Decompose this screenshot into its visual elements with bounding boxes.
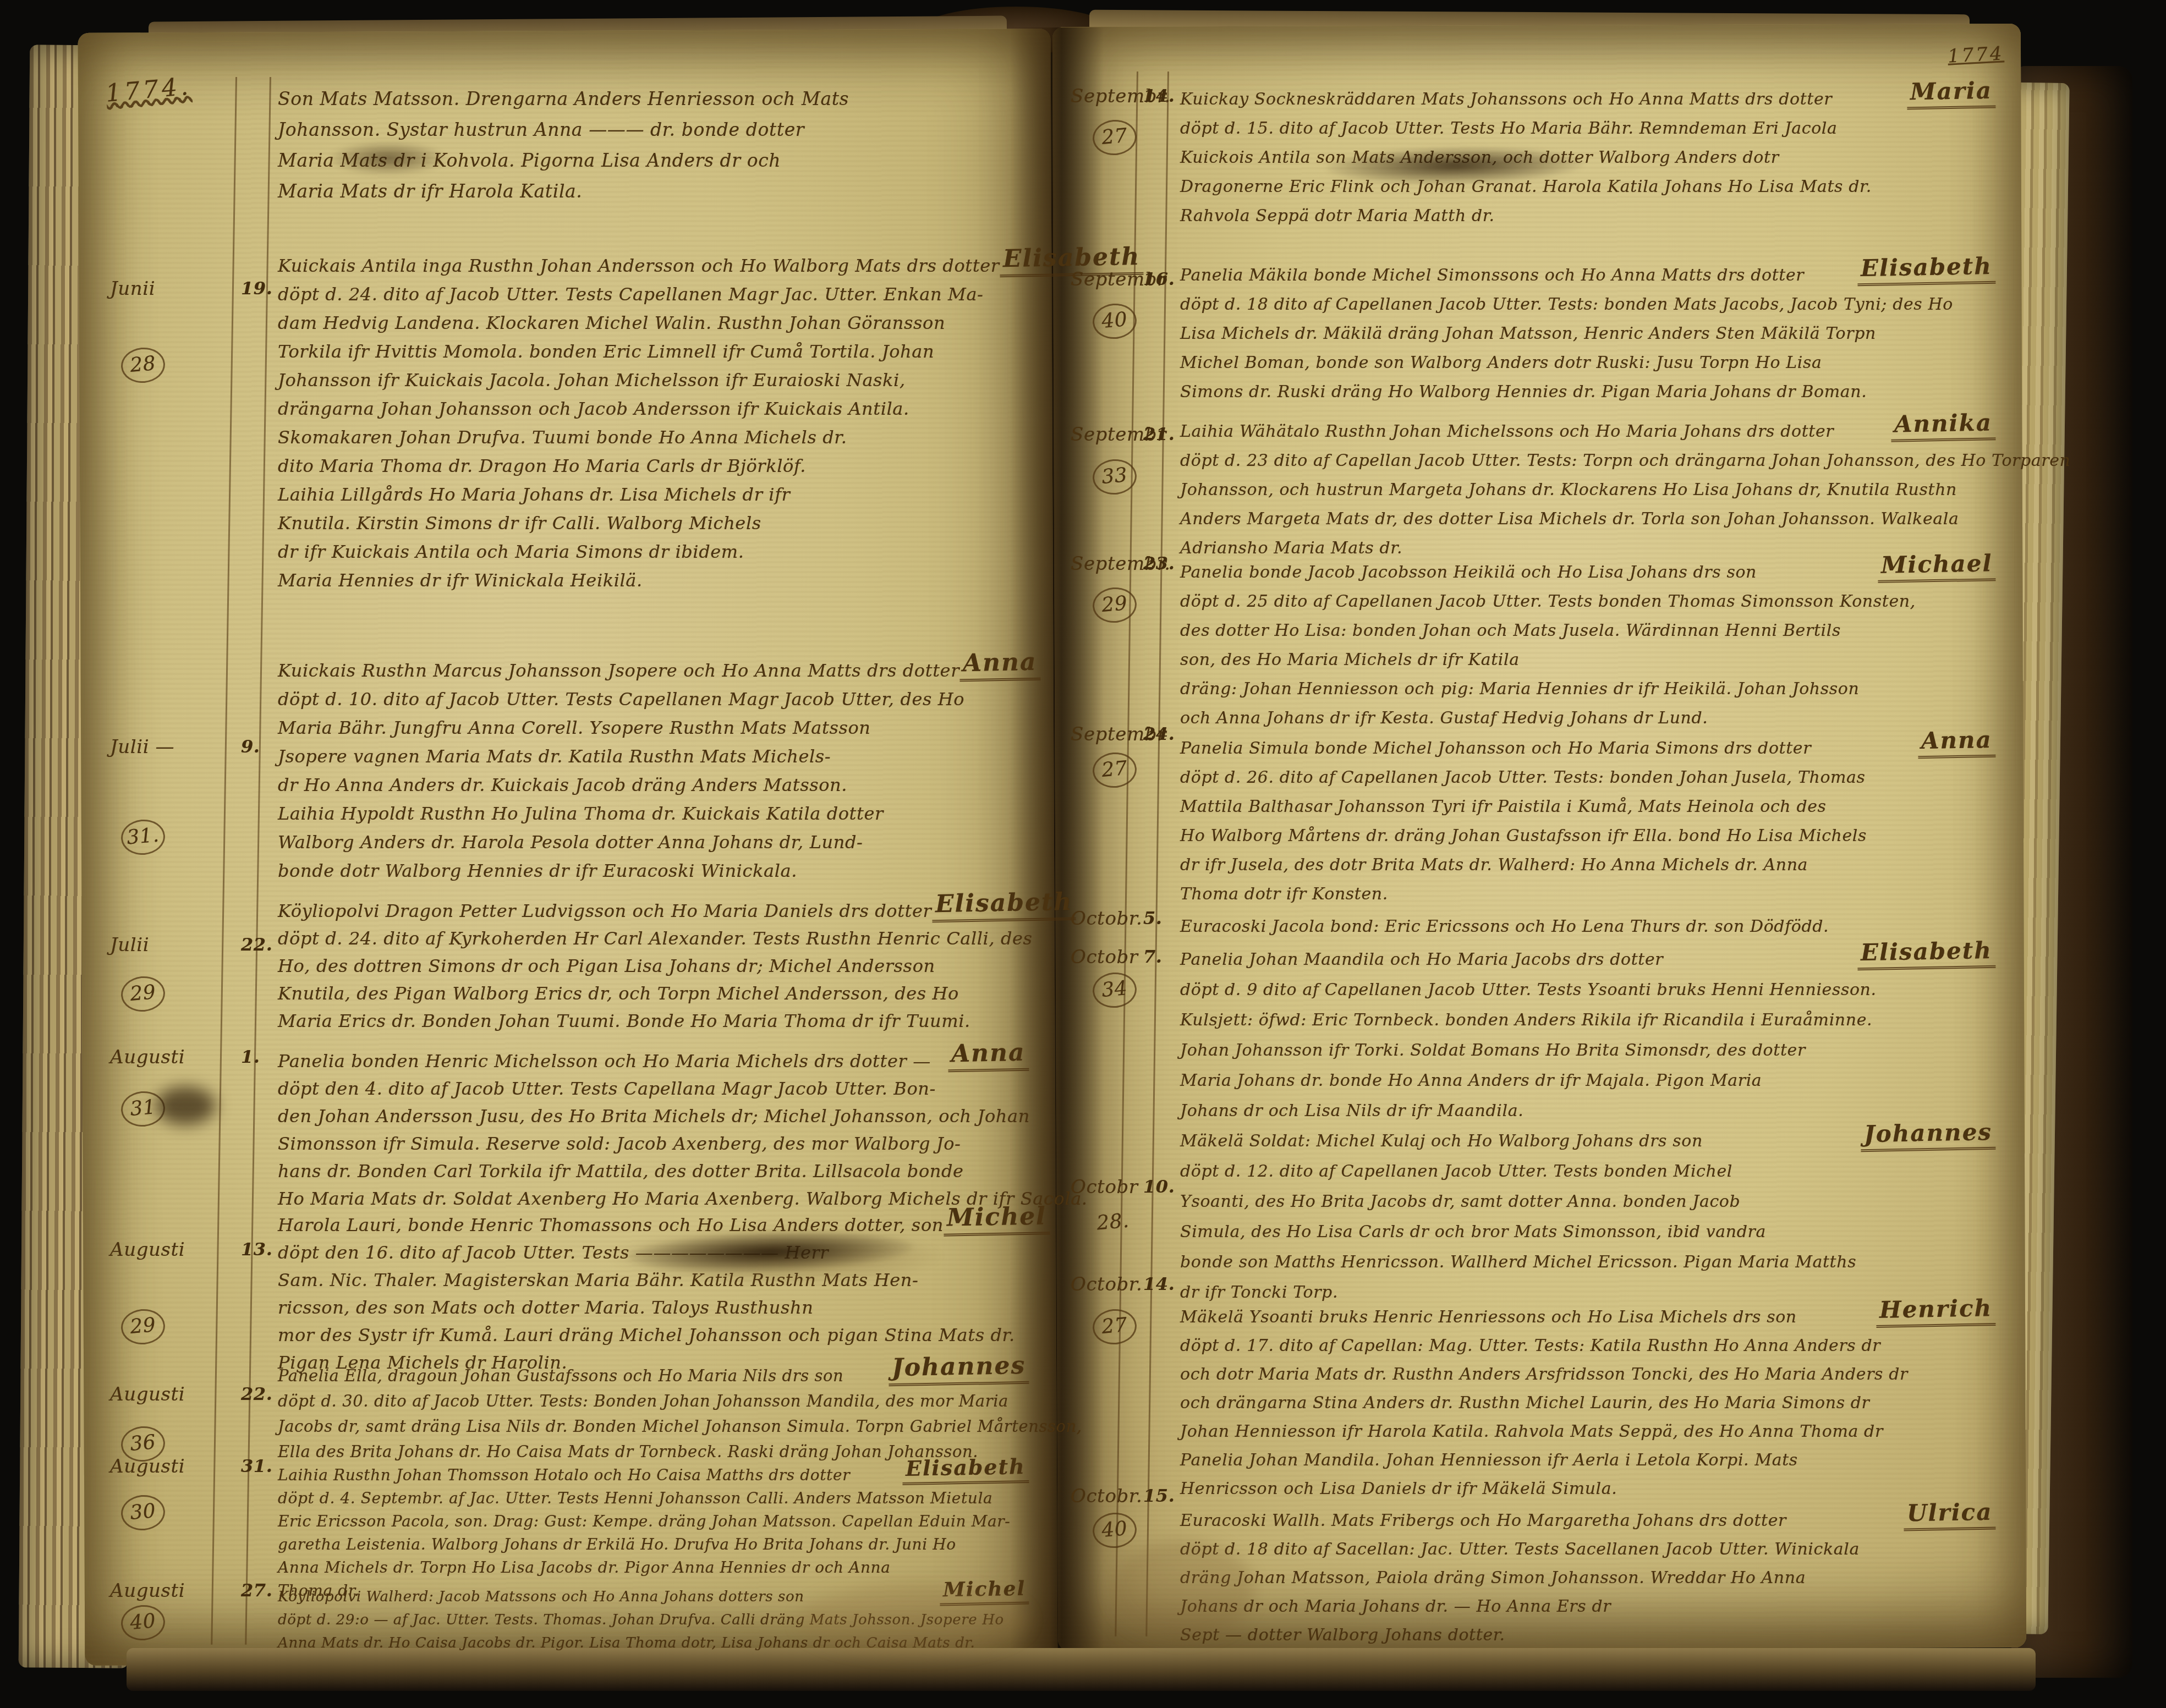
entry-text-line: döpt d. 24. dito af Kyrkoherden Hr Carl …: [278, 921, 1029, 949]
entry-margin-day: 22.: [241, 934, 272, 955]
entry-margin-month: Augusti: [110, 1456, 185, 1478]
entry-margin-month: Octobr.: [1071, 1273, 1142, 1295]
entry-text: Panelia bonde Jacob Jacobsson Heikilä oc…: [1180, 563, 1757, 582]
entry-count: 40: [119, 1603, 166, 1643]
entry-text-line: Köyliopolvi Dragon Petter Ludvigsson och…: [278, 894, 1029, 921]
entry-margin-day: 19.: [241, 278, 272, 299]
paper-stain-bottom: [798, 1584, 1029, 1656]
entry-text: Mäkelä Soldat: Michel Kulaj och Ho Walbo…: [1180, 1132, 1703, 1151]
entry-text-line: döpt d. 18 dito af Sacellan: Jac. Utter.…: [1180, 1531, 1995, 1559]
entry-text-line: döpt den 4. dito af Jacob Utter. Tests C…: [278, 1072, 1029, 1099]
entry-margin-day: 31.: [241, 1456, 272, 1476]
baptized-child-name: Anna: [959, 648, 1041, 682]
entry-margin-day: 15.: [1143, 1485, 1175, 1506]
entry-margin-month: Julii —: [110, 736, 174, 758]
entry-text: Kuickais Rusthn Marcus Johansson Jsopere…: [278, 660, 959, 681]
entry-count: 34: [1091, 971, 1138, 1010]
entry-text-line: Maria Johans dr. bonde Ho Anna Anders dr…: [1180, 1063, 1995, 1090]
entry-margin-day: 10.: [1143, 1176, 1175, 1197]
ink-overwrite-smudge: [330, 142, 446, 175]
entry-text: Mäkelä Ysoanti bruks Henric Henriessons …: [1180, 1308, 1797, 1327]
entry-text-line: Knutila. Kirstin Simons dr ifr Calli. Wa…: [278, 506, 1029, 534]
entry-text-line: och drängarna Stina Anders dr. Rusthn Mi…: [1180, 1385, 1995, 1413]
entry-text-line: Panelia bonden Henric Michelsson och Ho …: [278, 1044, 1029, 1072]
entry-text-line: Laihia Lillgårds Ho Maria Johans dr. Lis…: [278, 477, 1029, 505]
entry-text-line: Simons dr. Ruski dräng Ho Walborg Hennie…: [1180, 374, 1995, 402]
entry-count-circle: 29: [121, 1309, 165, 1344]
entry-text-line: ricsson, des son Mats och dotter Maria. …: [278, 1290, 1029, 1318]
entry-margin-day: 16.: [1143, 268, 1175, 289]
entry-text-line: Rahvola Seppä dotr Maria Matth dr.: [1180, 198, 1995, 226]
entry-margin-month: Augusti: [110, 1580, 185, 1602]
year-label-right: 1774: [1947, 42, 2004, 67]
entry-text-line: dr ifr Toncki Torp.: [1180, 1275, 1995, 1302]
entry-count: 27: [1091, 118, 1138, 157]
entry-count-circle: 28.: [1093, 1207, 1133, 1239]
entry-count: 40: [1091, 302, 1138, 341]
entry-text-line: Sept — dotter Walborg Johans dotter.: [1180, 1617, 1995, 1645]
baptized-child-name: Henrich: [1876, 1294, 1995, 1328]
entry-text-line: Johan Henniesson ifr Harola Katila. Rahv…: [1180, 1414, 1995, 1441]
entry-count: 27: [1091, 1308, 1138, 1347]
entry-margin-day: 9.: [241, 736, 260, 757]
entry-text-line: bonde son Matths Henricsson. Wallherd Mi…: [1180, 1244, 1995, 1272]
entry-margin-month: Octobr: [1071, 1176, 1138, 1198]
entry-text-line: döpt d. 15. dito af Jacob Utter. Tests H…: [1180, 111, 1995, 138]
entry-text: Panelia Johan Maandila och Ho Maria Jaco…: [1180, 950, 1663, 969]
entry-text-line: Panelia Simula bonde Michel Johansson oc…: [1180, 731, 1995, 758]
entry-text-line: hans dr. Bonden Carl Torkila ifr Mattila…: [278, 1154, 1029, 1182]
entry-text: Euracoski Wallh. Mats Fribergs och Ho Ma…: [1180, 1511, 1786, 1530]
margin-stain: [155, 1086, 216, 1125]
entry-text-line: Maria Erics dr. Bonden Johan Tuumi. Bond…: [278, 1004, 1029, 1031]
entry-count-circle: 40: [121, 1605, 165, 1640]
entry-margin-month: Octobr.: [1071, 1485, 1142, 1507]
entry-margin-month: Augusti: [110, 1239, 185, 1261]
entry-text-line: dr ifr Kuickais Antila och Maria Simons …: [278, 535, 1029, 562]
entry-text-line: Panelia Johan Mandila. Johan Henniesson …: [1180, 1442, 1995, 1470]
entry-text-line: den Johan Andersson Jusu, des Ho Brita M…: [278, 1099, 1029, 1127]
entry-text-line: Johansson, och hustrun Margeta Johans dr…: [1180, 472, 1995, 499]
baptized-child-name: Maria: [1906, 77, 1995, 110]
entry-count-circle: 28: [121, 348, 165, 383]
entry-count-circle: 30: [121, 1495, 165, 1530]
entry-text-line: Kuickay Sockneskräddaren Mats Johanssons…: [1180, 81, 1995, 109]
entry-margin-month: Octobr: [1071, 946, 1138, 968]
baptized-child-name: Elisabeth: [1857, 937, 1996, 970]
entry-count-circle: 40: [1093, 304, 1137, 339]
entry-count: 28: [119, 346, 166, 385]
entry-text-line: döpt d. 26. dito af Capellanen Jacob Utt…: [1180, 760, 1995, 787]
entry-text: Panelia Simula bonde Michel Johansson oc…: [1180, 739, 1811, 758]
entry-text-line: Mattila Balthasar Johansson Tyri ifr Pai…: [1180, 789, 1995, 816]
entry-text-line: och Anna Johans dr ifr Kesta. Gustaf Hed…: [1180, 700, 1995, 728]
entry-text-line: Euracoski Jacola bond: Eric Ericssons oc…: [1180, 909, 1995, 936]
entry-margin-day: 23.: [1143, 553, 1175, 574]
entry-text-line: Kuickais Antila inga Rusthn Johan Anders…: [278, 249, 1029, 276]
entry-text-line: döpt d. 9 dito af Capellanen Jacob Utter…: [1180, 972, 1995, 999]
entry-count: 30: [119, 1493, 166, 1533]
entry-margin-day: 21.: [1143, 424, 1175, 444]
entry-margin-day: 14.: [1143, 1273, 1175, 1294]
entry-text-line: Walborg Anders dr. Harola Pesola dotter …: [278, 825, 1029, 853]
entry-text-line: dr ifr Jusela, des dotr Brita Mats dr. W…: [1180, 847, 1995, 875]
entry-count: 28.: [1092, 1205, 1135, 1240]
entry-text-line: Euracoski Wallh. Mats Fribergs och Ho Ma…: [1180, 1503, 1995, 1530]
entry-text-line: Panelia Ella, dragoun Johan Gustafssons …: [278, 1358, 1029, 1385]
entry-text-line: döpt d. 23 dito af Capellan Jacob Utter.…: [1180, 443, 1995, 470]
entry-margin-month: Augusti: [110, 1383, 185, 1405]
entry-text-line: bonde dotr Walborg Hennies dr ifr Euraco…: [278, 854, 1029, 881]
entry-margin-month: Julii: [110, 934, 149, 956]
book-bottom-edge: [127, 1648, 2036, 1691]
entry-text-line: Panelia Mäkila bonde Michel Simonssons o…: [1180, 257, 1995, 285]
entry-text: Kuickais Antila inga Rusthn Johan Anders…: [278, 255, 1000, 276]
entry-count-circle: 27: [1093, 753, 1137, 788]
entry-text-line: Jacobs dr, samt dräng Lisa Nils dr. Bond…: [278, 1408, 1029, 1436]
entry-text-line: Ysoanti, des Ho Brita Jacobs dr, samt do…: [1180, 1184, 1995, 1211]
entry-text-line: dräng: Johan Henniesson och pig: Maria H…: [1180, 671, 1995, 699]
entry-count-circle: 29: [121, 976, 165, 1012]
entry-text-line: dr Ho Anna Anders dr. Kuickais Jacob drä…: [278, 768, 1029, 795]
entry-count-circle: 27: [1093, 120, 1137, 155]
entry-text-line: Harola Lauri, bonde Henric Thomassons oc…: [278, 1208, 1029, 1235]
entry-text-line: Laihia Wähätalo Rusthn Johan Michelssons…: [1180, 414, 1995, 441]
entry-text-line: döpt d. 25 dito af Capellanen Jacob Utte…: [1180, 584, 1995, 611]
entry-text: Köyliopolvi Dragon Petter Ludvigsson och…: [278, 900, 932, 921]
baptized-child-name: Anna: [1918, 726, 1996, 759]
entry-text-line: döpt d. 12. dito af Capellanen Jacob Utt…: [1180, 1154, 1995, 1181]
entry-count-circle: 40: [1093, 1513, 1137, 1548]
entry-count: 29: [119, 975, 166, 1014]
entry-text-line: Maria Hennies dr ifr Winickala Heikilä.: [278, 563, 1029, 591]
baptized-child-name: Elisabeth: [931, 888, 1076, 923]
entry-text-line: drängarna Johan Johansson och Jacob Ande…: [278, 392, 1029, 419]
entry-count-circle: 27: [1093, 1309, 1137, 1344]
baptized-child-name: Johannes: [1860, 1118, 1995, 1152]
entry-text-line: mor des Systr ifr Kumå. Lauri dräng Mich…: [278, 1318, 1029, 1345]
entry-text: Panelia Mäkila bonde Michel Simonssons o…: [1180, 266, 1804, 285]
entry-text-line: Mäkelä Soldat: Michel Kulaj och Ho Walbo…: [1180, 1123, 1995, 1151]
baptized-child-name: Annika: [1891, 409, 1996, 442]
intro-text-line: Maria Mats dr ifr Harola Katila.: [278, 180, 582, 202]
paper-stain-gutter: [1111, 1540, 1254, 1639]
entry-margin-day: 22.: [241, 1383, 272, 1404]
entry-text-line: döpt d. 24. dito af Jacob Utter. Tests C…: [278, 277, 1029, 305]
entry-text-line: dito Maria Thoma dr. Dragon Ho Maria Car…: [278, 449, 1029, 476]
entry-text-line: Henricsson och Lisa Daniels dr ifr Mäkel…: [1180, 1471, 1995, 1498]
entry-text-line: son, des Ho Maria Michels dr ifr Katila: [1180, 642, 1995, 669]
entry-text-line: dam Hedvig Landena. Klockaren Michel Wal…: [278, 306, 1029, 333]
entry-margin-month: Augusti: [110, 1046, 185, 1068]
entry-margin-month: Junii: [110, 278, 155, 300]
entry-count: 33: [1091, 458, 1138, 497]
entry-text-line: Panelia bonde Jacob Jacobsson Heikilä oc…: [1180, 554, 1995, 582]
entry-margin-day: 7.: [1143, 946, 1162, 967]
entry-margin-day: 24.: [1143, 723, 1175, 744]
entry-text-line: döpt d. 17. dito af Capellan: Mag. Utter…: [1180, 1328, 1995, 1355]
entry-text-line: Adriansho Maria Mats dr.: [1180, 530, 1995, 558]
entry-text: Panelia bonden Henric Michelsson och Ho …: [278, 1051, 931, 1072]
entry-text-line: Lisa Michels dr. Mäkilä dräng Johan Mats…: [1180, 316, 1995, 343]
entry-text-line: Dragonerne Eric Flink och Johan Granat. …: [1180, 169, 1995, 196]
entry-text-line: Ho Walborg Mårtens dr. dräng Johan Gusta…: [1180, 818, 1995, 845]
entry-text-line: Laihia Hypoldt Rusthn Ho Julina Thoma dr…: [278, 797, 1029, 824]
entry-text-line: Johan Johansson ifr Torki. Soldat Bomans…: [1180, 1033, 1995, 1060]
entry-text: Laihia Wähätalo Rusthn Johan Michelssons…: [1180, 422, 1834, 441]
entry-count-circle: 31.: [121, 820, 165, 855]
entry-count: 27: [1091, 751, 1138, 790]
entry-text-line: Simula, des Ho Lisa Carls dr och bror Ma…: [1180, 1214, 1995, 1242]
entry-text-line: Mäkelä Ysoanti bruks Henric Henriessons …: [1180, 1299, 1995, 1327]
entry-text-line: Kulsjett: öfwd: Eric Tornbeck. bonden An…: [1180, 1002, 1995, 1030]
intro-text-line: Johansson. Systar hustrun Anna ——— dr. b…: [278, 119, 804, 140]
baptized-child-name: Anna: [948, 1039, 1029, 1073]
entry-count-circle: 33: [1093, 459, 1137, 495]
entry-text-line: Johansson ifr Kuickais Jacola. Johan Mic…: [278, 363, 1029, 391]
entry-text-line: Torkila ifr Hvittis Momola. bonden Eric …: [278, 334, 1029, 362]
entry-text-line: dräng Johan Matsson, Paiola dräng Simon …: [1180, 1560, 1995, 1588]
entry-text-line: Panelia Johan Maandila och Ho Maria Jaco…: [1180, 942, 1995, 969]
entry-text-line: döpt d. 10. dito af Jacob Utter. Tests C…: [278, 682, 1029, 710]
entry-margin-day: 14.: [1143, 85, 1175, 106]
entry-text: Panelia Ella, dragoun Johan Gustafssons …: [278, 1366, 843, 1385]
entry-margin-day: 5.: [1143, 908, 1162, 929]
baptized-child-name: Michel: [943, 1202, 1050, 1236]
entry-count: 31.: [119, 818, 166, 857]
entry-text-line: Thoma dotr ifr Konsten.: [1180, 876, 1995, 904]
entry-text-line: döpt d. 18 dito af Capellanen Jacob Utte…: [1180, 287, 1995, 314]
entry-text-line: Michel Boman, bonde son Walborg Anders d…: [1180, 345, 1995, 372]
entry-text-line: Kuickais Rusthn Marcus Johansson Jsopere…: [278, 653, 1029, 681]
entry-text: Kuickay Sockneskräddaren Mats Johanssons…: [1180, 90, 1832, 109]
entry-count-circle: 34: [1093, 973, 1137, 1008]
entry-margin-day: 13.: [241, 1239, 272, 1260]
entry-text-line: döpt d. 30. dito af Jacob Utter. Tests: …: [278, 1383, 1029, 1410]
entry-text-line: Johans dr och Lisa Nils dr ifr Maandila.: [1180, 1093, 1995, 1121]
entry-text-line: och dotr Maria Mats dr. Rusthn Anders Ar…: [1180, 1356, 1995, 1384]
intro-text-line: Son Mats Matsson. Drengarna Anders Henri…: [278, 88, 849, 109]
entry-text-line: Ho, des dottren Simons dr och Pigan Lisa…: [278, 949, 1029, 976]
entry-count: 29: [119, 1308, 166, 1347]
entry-text-line: des dotter Ho Lisa: bonden Johan och Mat…: [1180, 613, 1995, 640]
entry-text-line: Maria Bähr. Jungfru Anna Corell. Ysopere…: [278, 711, 1029, 738]
baptized-child-name: Elisabeth: [1857, 252, 1996, 286]
baptized-child-name: Ulrica: [1903, 1498, 1995, 1531]
entry-text-line: Ho Maria Mats dr. Soldat Axenberg Ho Mar…: [278, 1182, 1029, 1209]
entry-text-line: Johans dr och Maria Johans dr. — Ho Anna…: [1180, 1589, 1995, 1616]
entry-text-line: Jsopere vagnen Maria Mats dr. Katila Rus…: [278, 739, 1029, 767]
entry-margin-month: Octobr.: [1071, 908, 1142, 930]
entry-text-line: Simonsson ifr Simula. Reserve sold: Jaco…: [278, 1127, 1029, 1154]
entry-text-line: Kuickois Antila son Mats Andersson, och …: [1180, 140, 1995, 167]
entry-text-line: Skomakaren Johan Drufva. Tuumi bonde Ho …: [278, 420, 1029, 448]
entry-text-line: Knutila, des Pigan Walborg Erics dr, och…: [278, 976, 1029, 1004]
entry-margin-day: 27.: [241, 1580, 272, 1601]
entry-margin-day: 1.: [241, 1046, 260, 1067]
manuscript-photo: 1774. 1774 Son Mats Matsson. Drengarna A…: [0, 0, 2166, 1708]
entry-count-circle: 29: [1093, 587, 1137, 623]
baptized-child-name: Johannes: [888, 1352, 1029, 1386]
baptized-child-name: Michael: [1877, 550, 1995, 583]
entry-count: 29: [1091, 586, 1138, 625]
entry-count: 40: [1091, 1511, 1138, 1550]
entry-text-line: Anders Margeta Mats dr, des dotter Lisa …: [1180, 501, 1995, 529]
